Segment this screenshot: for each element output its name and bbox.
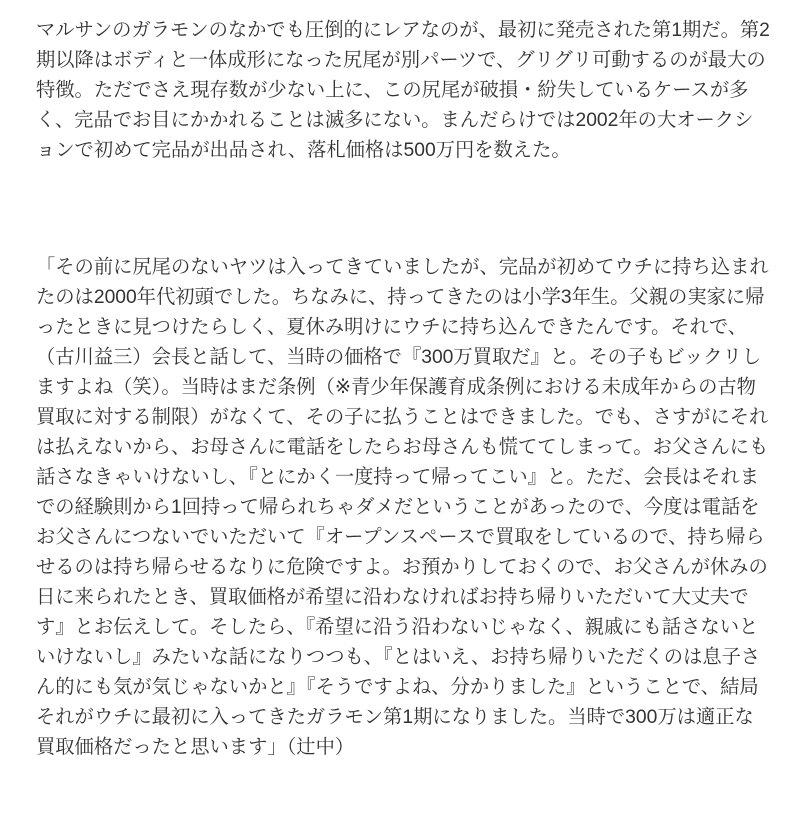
paragraph-intro: マルサンのガラモンのなかでも圧倒的にレアなのが、最初に発売された第1期だ。第2期… [36,16,770,166]
paragraph-interview-quote: 「その前に尻尾のないヤツは入ってきていましたが、完品が初めてウチに持ち込まれたの… [36,253,770,763]
article-body: マルサンのガラモンのなかでも圧倒的にレアなのが、最初に発売された第1期だ。第2期… [0,0,806,763]
